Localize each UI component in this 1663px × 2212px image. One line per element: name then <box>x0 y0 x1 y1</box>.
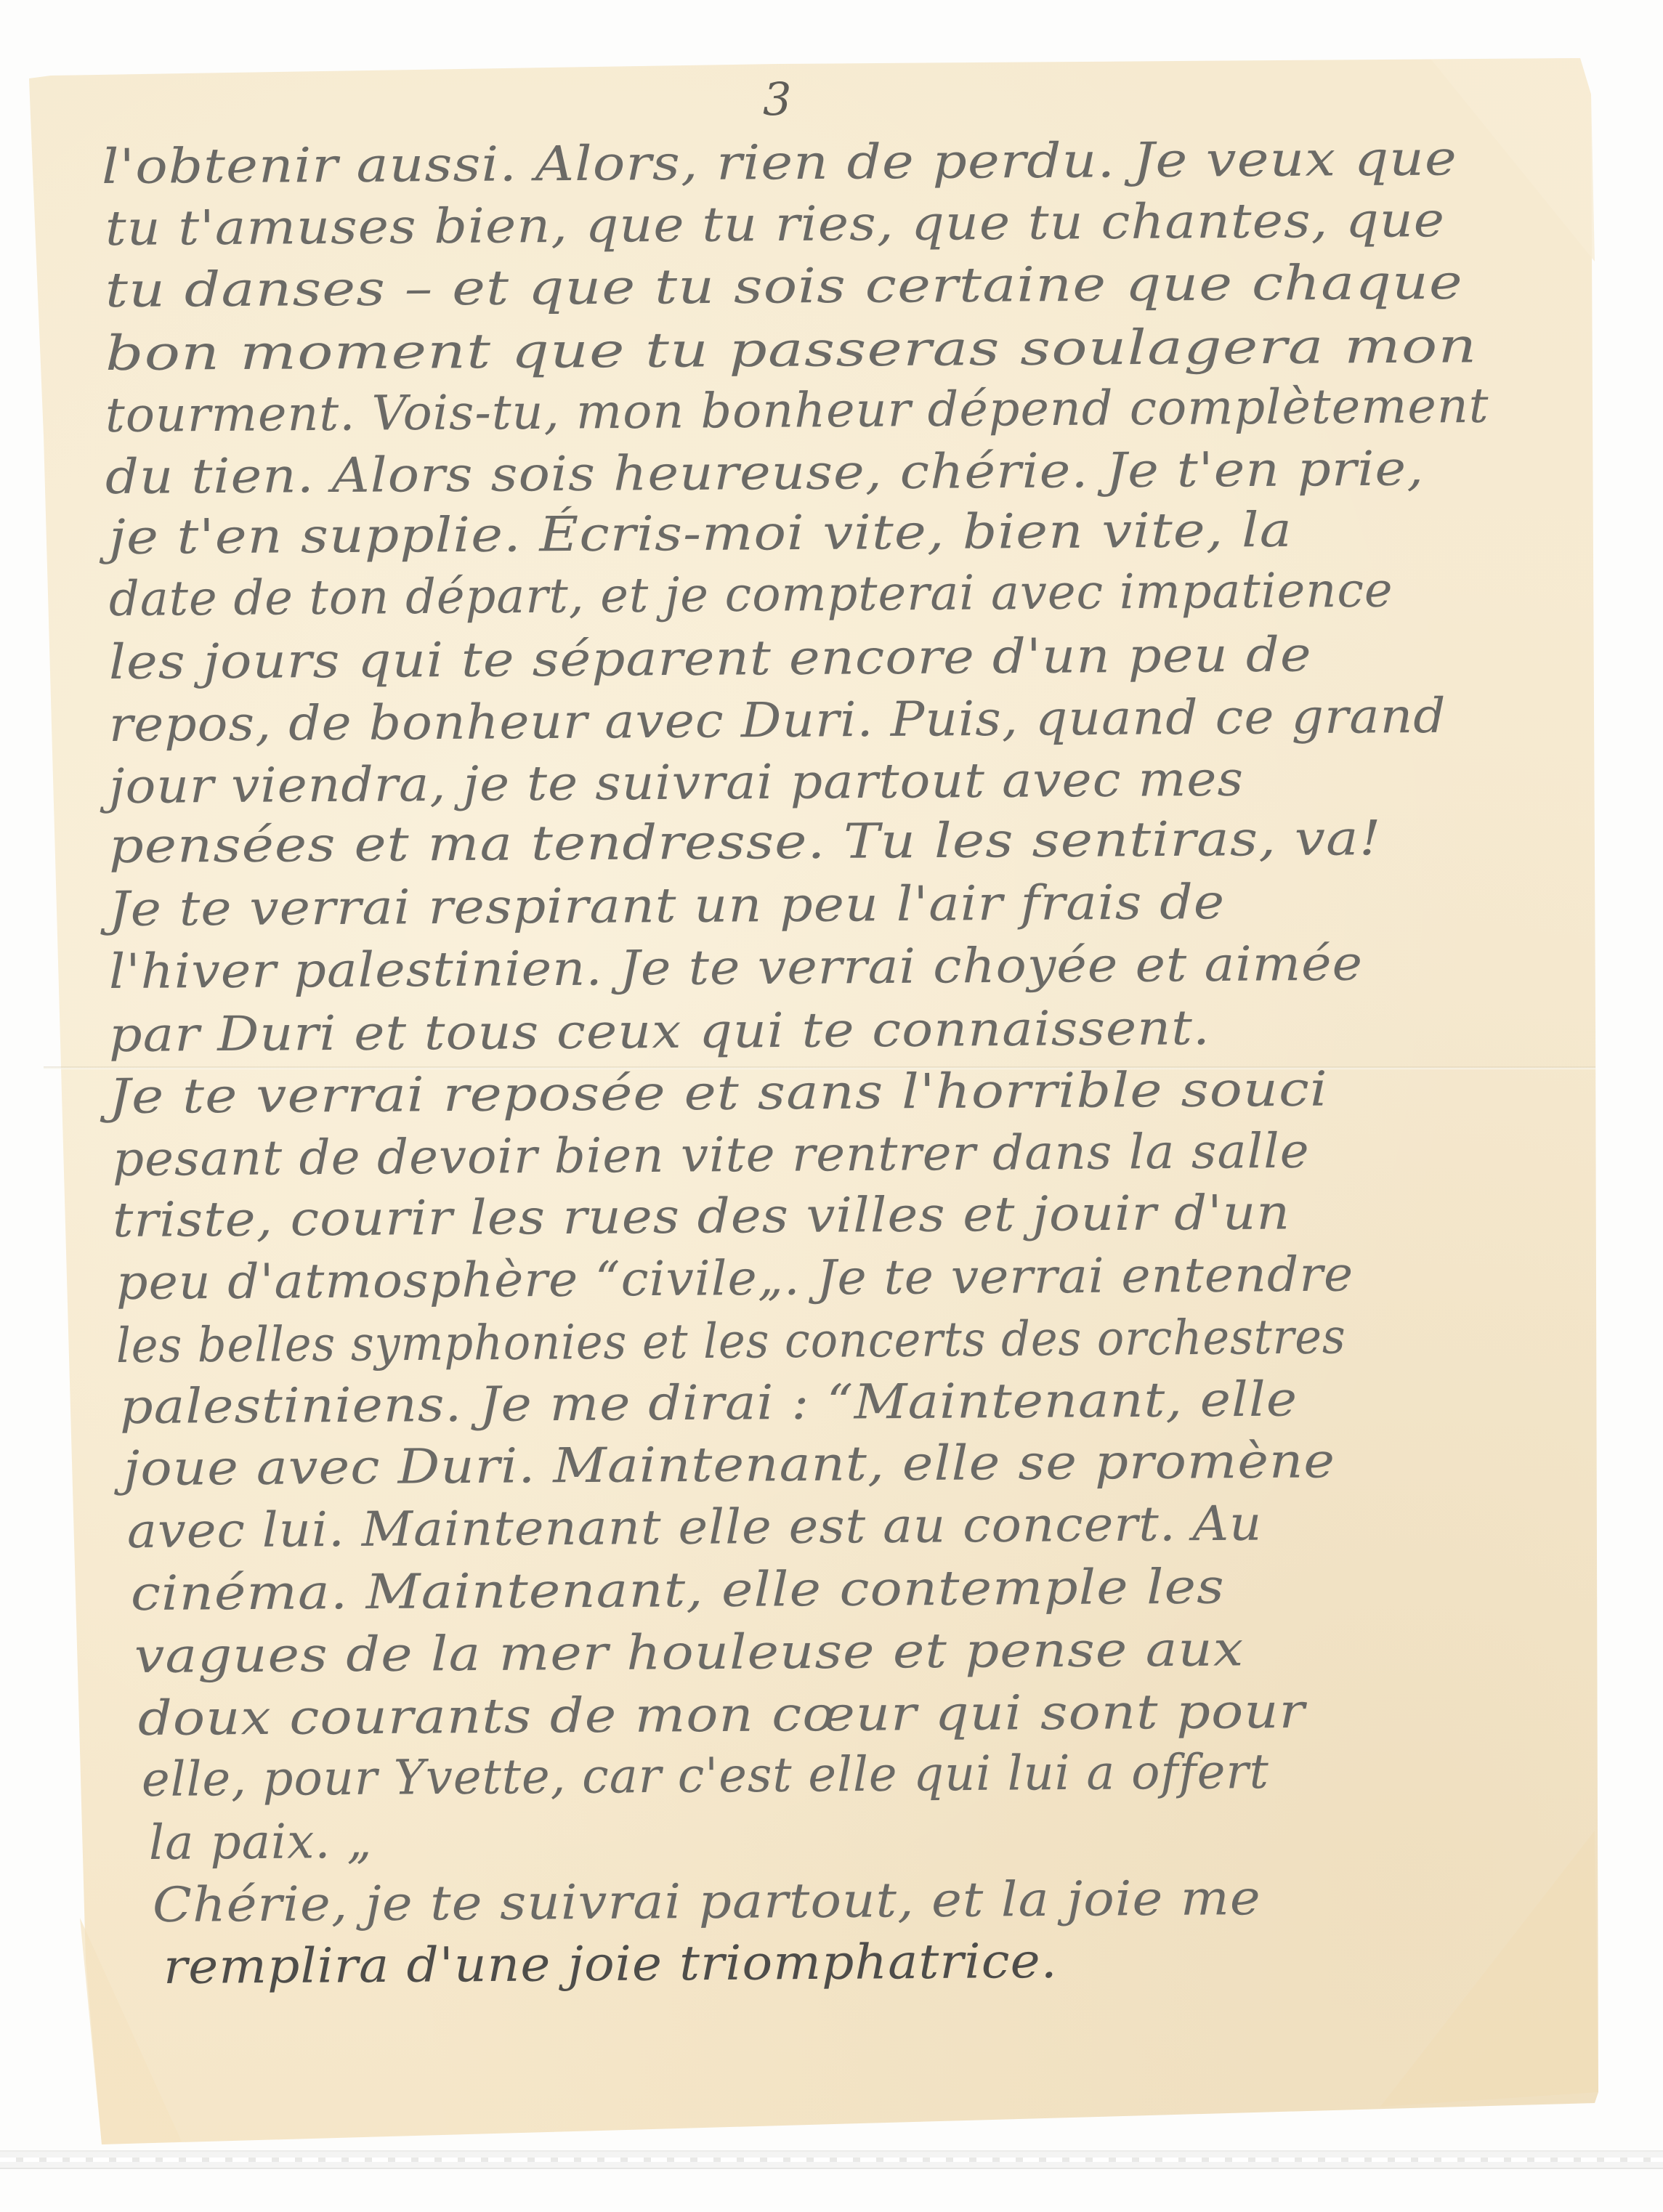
letter-line-5: tourment. Vois-tu, mon bonheur dépend co… <box>105 377 1489 445</box>
letter-line-6: du tien. Alors sois heureuse, chérie. Je… <box>105 439 1425 506</box>
letter-line-4: bon moment que tu passeras soulagera mon <box>105 317 1478 383</box>
letter-body: l'obtenir aussi. Alors, rien de perdu. J… <box>0 0 1663 2212</box>
letter-line-17: pesant de devoir bien vite rentrer dans … <box>113 1122 1310 1188</box>
letter-line-9: les jours qui te séparent encore d'un pe… <box>109 625 1312 692</box>
letter-line-12: pensées et ma tendresse. Tu les sentiras… <box>109 809 1382 875</box>
letter-line-29: Chérie, je te suivrai partout, et la joi… <box>153 1869 1261 1935</box>
letter-line-14: l'hiver palestinien. Je te verrai choyée… <box>109 935 1364 1001</box>
letter-line-22: joue avec Duri. Maintenant, elle se prom… <box>124 1432 1336 1498</box>
letter-line-3: tu danses – et que tu sois certaine que … <box>105 254 1463 320</box>
letter-line-20: les belles symphonies et les concerts de… <box>116 1308 1346 1375</box>
letter-line-8: date de ton départ, et je compterai avec… <box>109 562 1393 628</box>
letter-line-7: je t'en supplie. Écris-moi vite, bien vi… <box>109 501 1293 567</box>
letter-line-25: vagues de la mer houleuse et pense aux <box>134 1620 1245 1685</box>
letter-line-19: peu d'atmosphère “civile„. Je te verrai … <box>116 1245 1354 1312</box>
letter-line-26: doux courants de mon cœur qui sont pour <box>138 1682 1306 1748</box>
letter-line-28: la paix. „ <box>149 1812 373 1872</box>
letter-line-13: Je te verrai respirant un peu l'air frai… <box>109 873 1226 939</box>
letter-line-15: par Duri et tous ceux qui te connaissent… <box>109 999 1210 1064</box>
letter-line-27: elle, pour Yvette, car c'est elle qui lu… <box>142 1743 1269 1809</box>
letter-line-18: triste, courir les rues des villes et jo… <box>113 1183 1291 1249</box>
letter-line-23: avec lui. Maintenant elle est au concert… <box>127 1495 1263 1560</box>
letter-line-21: palestiniens. Je me dirai : “Maintenant,… <box>120 1371 1298 1436</box>
letter-line-1: l'obtenir aussi. Alors, rien de perdu. J… <box>102 129 1457 196</box>
letter-line-10: repos, de bonheur avec Duri. Puis, quand… <box>109 687 1446 754</box>
letter-line-30: remplira d'une joie triomphatrice. <box>163 1932 1058 1996</box>
letter-line-24: cinéma. Maintenant, elle contemple les <box>131 1558 1225 1623</box>
letter-line-16: Je te verrai reposée et sans l'horrible … <box>109 1061 1329 1126</box>
letter-line-11: jour viendra, je te suivrai partout avec… <box>109 750 1245 816</box>
letter-line-2: tu t'amuses bien, que tu ries, que tu ch… <box>105 191 1446 258</box>
